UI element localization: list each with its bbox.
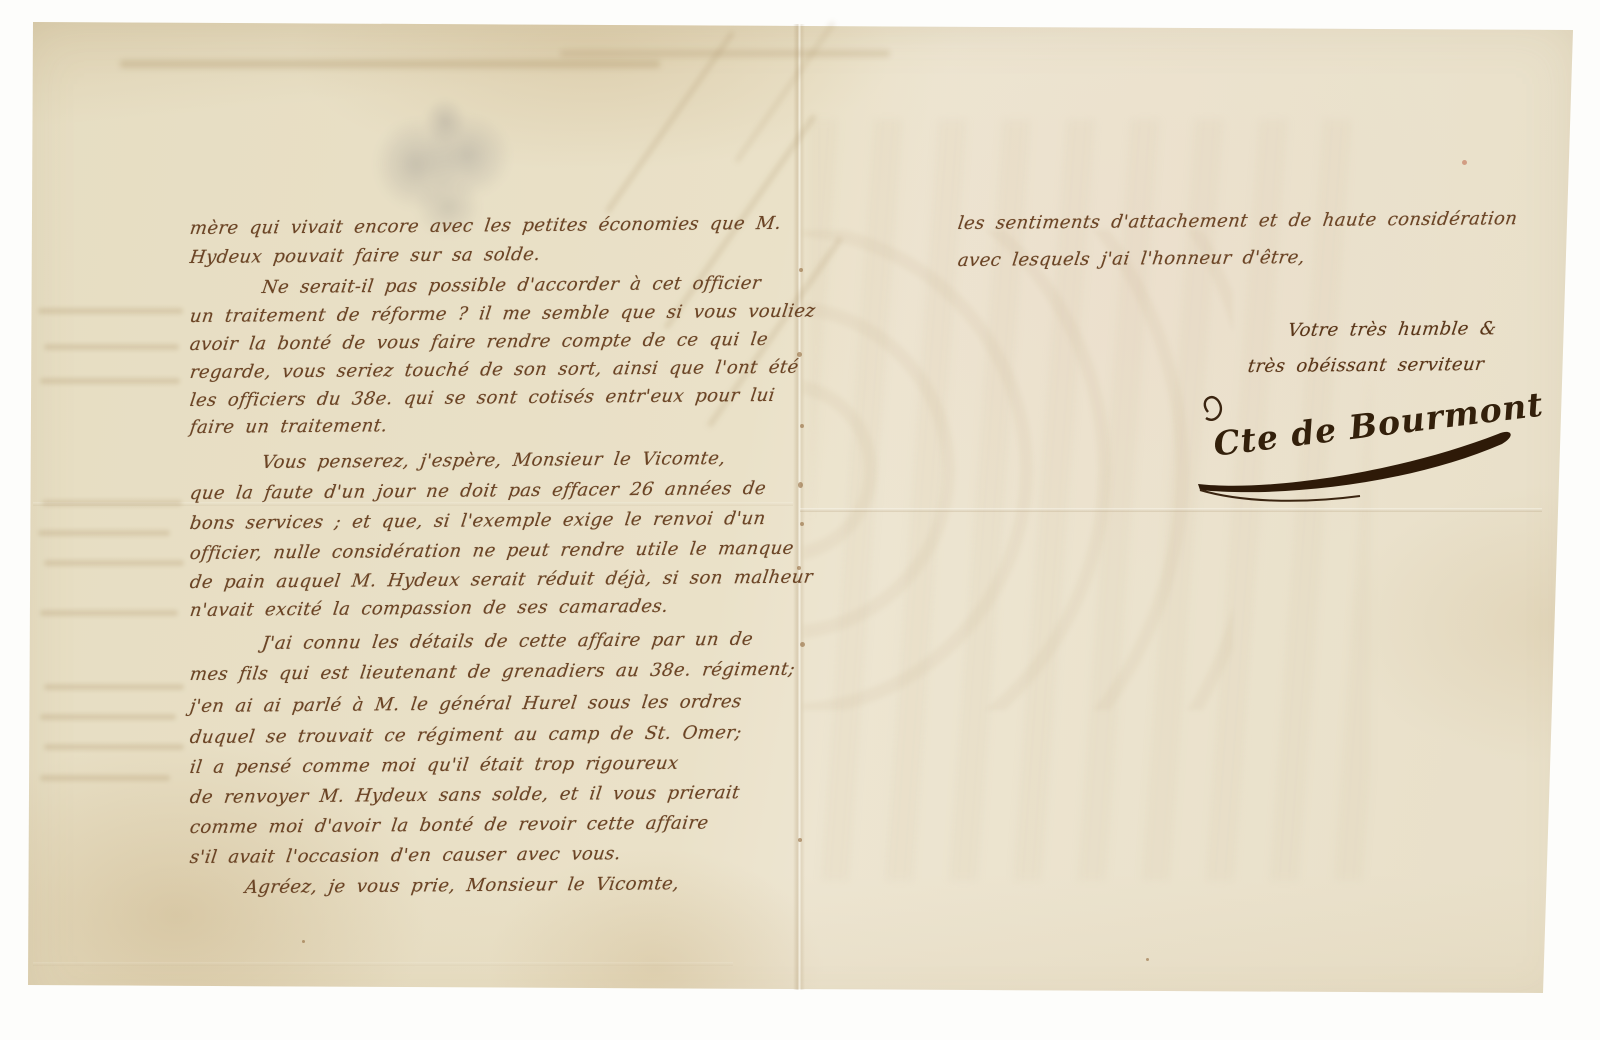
- bleed-through-mark: [40, 714, 176, 720]
- manuscript-line: Hydeux pouvait faire sur sa solde.: [189, 244, 542, 268]
- bleed-through-mark: [120, 60, 660, 68]
- bleed-through-mark: [42, 500, 182, 506]
- center-fold-crease: [793, 24, 805, 990]
- foxing-spot: [798, 482, 803, 488]
- bleed-through-mark: [44, 684, 184, 690]
- scanned-letter: mère qui vivait encore avec les petites …: [0, 0, 1600, 1040]
- manuscript-line: s'il avait l'occasion d'en causer avec v…: [189, 843, 623, 868]
- manuscript-line: faire un traitement.: [189, 415, 389, 438]
- foxing-spot: [302, 940, 305, 943]
- bleed-through-mark: [44, 744, 184, 750]
- bleed-through-mark: [38, 530, 170, 536]
- bleed-through-mark: [560, 50, 890, 57]
- foxing-spot: [799, 268, 803, 272]
- water-ring-stain: [803, 230, 1233, 710]
- foxing-spot: [798, 838, 802, 842]
- valediction-line: Votre très humble &: [1287, 318, 1498, 341]
- bleed-through-mark: [40, 378, 180, 384]
- foxing-spot: [800, 424, 804, 428]
- bleed-through-mark: [44, 560, 184, 566]
- foxing-spot: [1146, 958, 1149, 961]
- manuscript-line: Agréez, je vous prie, Monsieur le Vicomt…: [244, 873, 681, 898]
- foxing-spot: [1462, 160, 1467, 165]
- bleed-through-mark: [44, 344, 179, 350]
- manuscript-line: Ne serait-il pas possible d'accorder à c…: [261, 273, 763, 298]
- manuscript-line: n'avait excité la compassion de ses cama…: [189, 596, 670, 621]
- fold-crease-bottom: [33, 962, 733, 966]
- manuscript-line: Vous penserez, j'espère, Monsieur le Vic…: [261, 448, 727, 473]
- bleed-through-mark: [40, 610, 178, 616]
- bleed-through-mark: [38, 308, 183, 314]
- bleed-through-mark: [40, 775, 170, 781]
- foxing-spot: [800, 642, 805, 647]
- manuscript-line: il a pensé comme moi qu'il était trop ri…: [189, 753, 680, 778]
- manuscript-line: J'ai connu les détails de cette affaire …: [261, 629, 755, 654]
- signature-block: Cte de Bourmont: [1180, 372, 1550, 522]
- signature-flourish-start: [1205, 397, 1221, 420]
- foxing-spot: [800, 522, 804, 526]
- manuscript-line: avec lesquels j'ai l'honneur d'être,: [957, 247, 1307, 271]
- signature-text: Cte de Bourmont: [1211, 385, 1545, 464]
